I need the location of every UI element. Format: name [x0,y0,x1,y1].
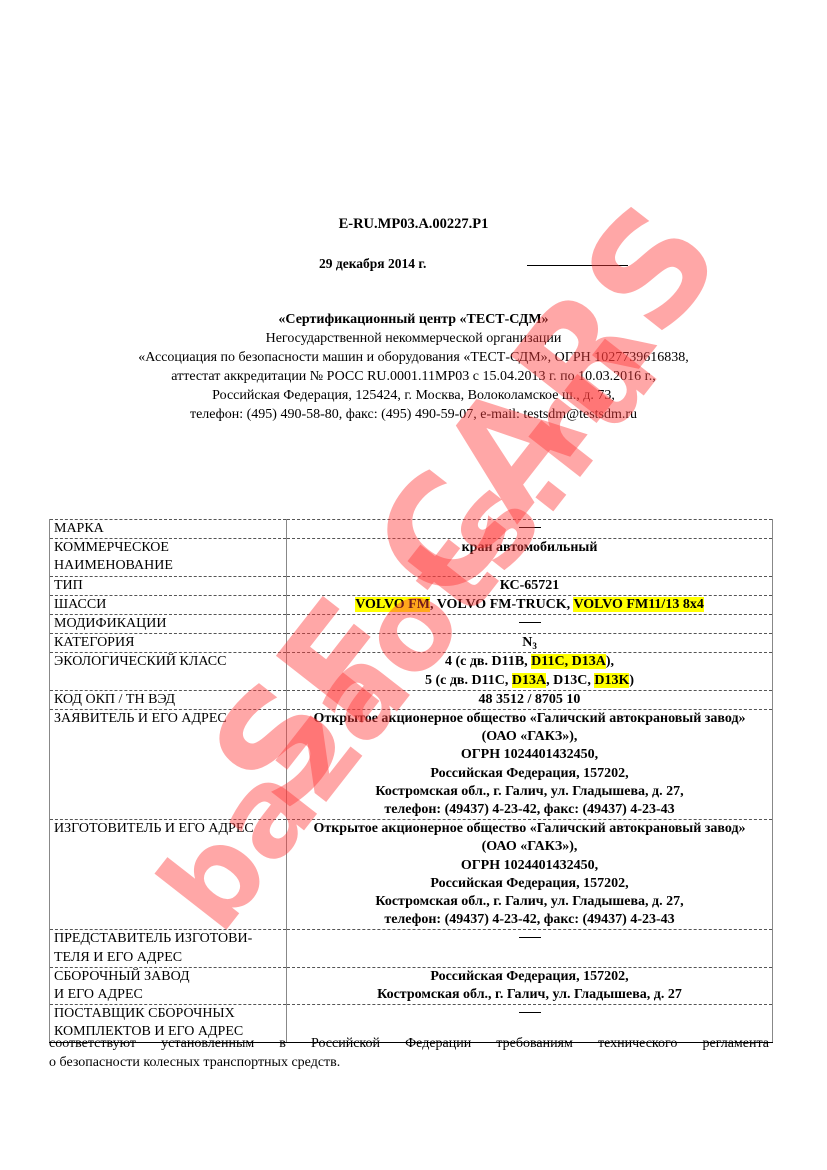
value-line: Открытое акционерное общество «Галичский… [291,820,768,838]
signature-blank-line [527,265,628,266]
label-line: КОММЕРЧЕСКОЕ [54,539,282,557]
row-value: 48 3512 / 8705 10 [287,690,773,709]
row-label: МОДИФИКАЦИИ [50,615,287,634]
label-line: ТЕЛЯ И ЕГО АДРЕС [54,949,282,967]
value-line: телефон: (49437) 4-23-42, факс: (49437) … [291,801,768,819]
highlighted-text: D11C, D13A [531,654,606,669]
value-line: Российская Федерация, 157202, [291,765,768,783]
table-row: ПРЕДСТАВИТЕЛЬ ИЗГОТОВИ-ТЕЛЯ И ЕГО АДРЕС [50,930,773,967]
row-value: N3 [287,634,773,653]
highlighted-text: VOLVO FM [355,597,430,612]
eco-line-2: 5 (с дв. D11C, D13A, D13C, D13K) [291,672,768,690]
row-label: ЭКОЛОГИЧЕСКИЙ КЛАСС [50,653,287,690]
table-row: КОД ОКП / ТН ВЭД 48 3512 / 8705 10 [50,690,773,709]
row-label: ТИП [50,576,287,595]
plain-text: , D13C, [546,673,594,688]
highlighted-text: D13K [594,673,629,688]
eco-line-1: 4 (с дв. D11B, D11C, D13A), [291,653,768,671]
value-line: Костромская обл., г. Галич, ул. Гладышев… [291,783,768,801]
statement-line-2: о безопасности колесных транспортных сре… [49,1054,769,1073]
plain-text: 5 (с дв. D11C, [425,673,512,688]
row-value: КС-65721 [287,576,773,595]
document-number: E-RU.MP03.A.00227.P1 [0,216,827,233]
vehicle-info-table: МАРКА КОММЕРЧЕСКОЕНАИМЕНОВАНИЕ кран авто… [49,519,773,1043]
table-row: МАРКА [50,520,773,539]
table-row: ИЗГОТОВИТЕЛЬ И ЕГО АДРЕС Открытое акцион… [50,820,773,930]
label-line: СБОРОЧНЫЙ ЗАВОД [54,968,282,986]
row-label: ПРЕДСТАВИТЕЛЬ ИЗГОТОВИ-ТЕЛЯ И ЕГО АДРЕС [50,930,287,967]
issuer-block: «Сертификационный центр «ТЕСТ-СДМ» Негос… [0,310,827,424]
highlighted-text: VOLVO FM11/13 8x4 [573,597,703,612]
label-line: И ЕГО АДРЕС [54,986,282,1004]
value-line: ОГРН 1024401432450, [291,746,768,764]
value-line: Российская Федерация, 157202, [291,875,768,893]
label-line: ПОСТАВЩИК СБОРОЧНЫХ [54,1005,282,1023]
table-row: ТИП КС-65721 [50,576,773,595]
table-row: ЗАЯВИТЕЛЬ И ЕГО АДРЕС Открытое акционерн… [50,710,773,820]
label-line: ПРЕДСТАВИТЕЛЬ ИЗГОТОВИ- [54,930,282,948]
table-row: ШАССИ VOLVO FM, VOLVO FM-TRUCK, VOLVO FM… [50,595,773,614]
row-value: 4 (с дв. D11B, D11C, D13A), 5 (с дв. D11… [287,653,773,690]
row-label: КОД ОКП / ТН ВЭД [50,690,287,709]
row-value [287,520,773,539]
row-value: Открытое акционерное общество «Галичский… [287,710,773,820]
table-row: МОДИФИКАЦИИ [50,615,773,634]
plain-text: 4 (с дв. D11B, [445,654,531,669]
statement-line-1: соответствуют установленным в Российской… [49,1035,769,1054]
value-line: Открытое акционерное общество «Галичский… [291,710,768,728]
value-line: (ОАО «ГАКЗ»), [291,728,768,746]
table-row: КОММЕРЧЕСКОЕНАИМЕНОВАНИЕ кран автомобиль… [50,539,773,576]
table-row: КАТЕГОРИЯ N3 [50,634,773,653]
value-line: (ОАО «ГАКЗ»), [291,838,768,856]
issuer-line-4: Российская Федерация, 125424, г. Москва,… [0,386,827,405]
row-label: ИЗГОТОВИТЕЛЬ И ЕГО АДРЕС [50,820,287,930]
plain-text: ), [606,654,614,669]
empty-dash [519,1012,541,1013]
row-value [287,615,773,634]
row-value: кран автомобильный [287,539,773,576]
row-label: КОММЕРЧЕСКОЕНАИМЕНОВАНИЕ [50,539,287,576]
row-value: VOLVO FM, VOLVO FM-TRUCK, VOLVO FM11/13 … [287,595,773,614]
value-line: телефон: (49437) 4-23-42, факс: (49437) … [291,911,768,929]
empty-dash [519,527,541,528]
category-letter: N [522,635,532,650]
highlighted-text: D13A [512,673,546,688]
label-line: НАИМЕНОВАНИЕ [54,557,282,575]
conformity-statement: соответствуют установленным в Российской… [49,1035,769,1072]
row-label: ЗАЯВИТЕЛЬ И ЕГО АДРЕС [50,710,287,820]
plain-text: ) [629,673,634,688]
issuer-line-3: аттестат аккредитации № РОСС RU.0001.11М… [0,367,827,386]
row-label: МАРКА [50,520,287,539]
value-line: ОГРН 1024401432450, [291,857,768,875]
issue-date: 29 декабря 2014 г. [319,256,426,272]
value-line: Российская Федерация, 157202, [291,968,768,986]
row-label: КАТЕГОРИЯ [50,634,287,653]
row-value: Открытое акционерное общество «Галичский… [287,820,773,930]
empty-dash [519,937,541,938]
row-label: ШАССИ [50,595,287,614]
table-row: ЭКОЛОГИЧЕСКИЙ КЛАСС 4 (с дв. D11B, D11C,… [50,653,773,690]
row-value [287,930,773,967]
value-line: Костромская обл., г. Галич, ул. Гладышев… [291,893,768,911]
issuer-contacts: телефон: (495) 490-58-80, факс: (495) 49… [0,405,827,424]
value-line: Костромская обл., г. Галич, ул. Гладышев… [291,986,768,1004]
issuer-line-2: «Ассоциация по безопасности машин и обор… [0,348,827,367]
issuer-name: «Сертификационный центр «ТЕСТ-СДМ» [0,310,827,329]
empty-dash [519,622,541,623]
table-row: СБОРОЧНЫЙ ЗАВОДИ ЕГО АДРЕС Российская Фе… [50,967,773,1004]
plain-text: , VOLVO FM-TRUCK, [430,597,573,612]
issuer-line-1: Негосударственной некоммерческой организ… [0,329,827,348]
row-label: СБОРОЧНЫЙ ЗАВОДИ ЕГО АДРЕС [50,967,287,1004]
row-value: Российская Федерация, 157202, Костромска… [287,967,773,1004]
category-subscript: 3 [532,641,537,651]
